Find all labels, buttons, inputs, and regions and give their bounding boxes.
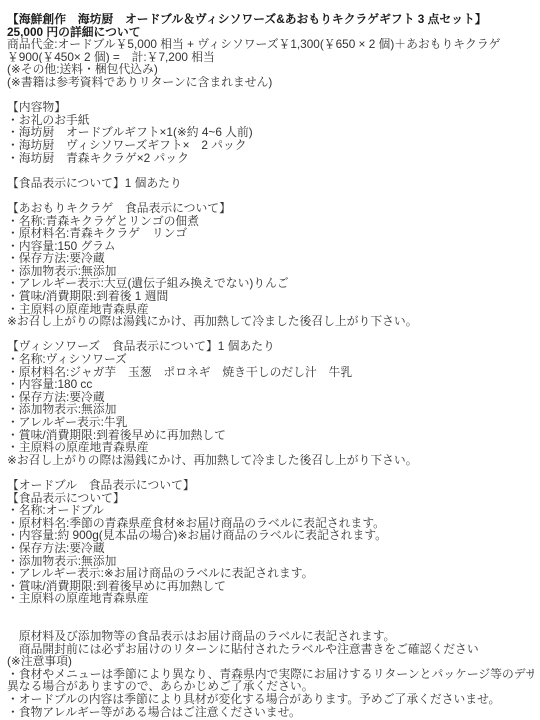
label-item: ・主原料の原産地青森県産 (7, 441, 534, 454)
label-item: ・保存方法:要冷蔵 (7, 542, 534, 555)
contents-item: ・海坊厨 青森キクラゲ×2 パック (7, 152, 534, 165)
label-item: ・内容量:約 900g(見本品の場合)※お届け商品のラベルに表記されます。 (7, 529, 534, 542)
label-item: ・原材料名:季節の青森県産食材※お届け商品のラベルに表記されます。 (7, 517, 534, 530)
label-item: ・保存方法:要冷蔵 (7, 391, 534, 404)
footer-note-line: 原材料及び添加物等の食品表示はお届け商品のラベルに表記されます。 (7, 630, 534, 643)
label-item: ・添加物表示:無添加 (7, 555, 534, 568)
caution-item: 異なる場合がありますので、あらかじめご了承ください。 (7, 680, 534, 693)
kikurage-label-section: 【あおもりキクラゲ 食品表示について】 ・名称:青森キクラゲとリンゴの佃煮 ・原… (7, 202, 534, 328)
label-item: ・アレルギー表示:大豆(遺伝子組み換えでない)りんご (7, 277, 534, 290)
per-item-note: 【食品表示について】1 個あたり (7, 177, 534, 190)
price-detail-line: ￥900(￥450× 2 個) = 計:￥7,200 相当 (7, 51, 534, 64)
vichyssoise-label-section: 【ヴィシソワーズ 食品表示について】1 個あたり ・名称:ヴィシソワーズ ・原材… (7, 340, 534, 466)
shipping-note-line: (※その他:送料・梱包代込み) (7, 63, 534, 76)
label-item: ・アレルギー表示:牛乳 (7, 416, 534, 429)
label-item: ・主原料の原産地青森県産 (7, 303, 534, 316)
caution-item: ・食物アレルギー等がある場合はご注意くださいませ。 (7, 706, 534, 719)
footer-note-line: 商品開封前には必ずお届けのリターンに貼付されたラベルや注意書きをご確認ください (7, 643, 534, 656)
vichyssoise-heading: 【ヴィシソワーズ 食品表示について】1 個あたり (7, 340, 534, 353)
caution-heading: (※注意事項) (7, 655, 534, 668)
contents-section: 【内容物】 ・お礼のお手紙 ・海坊厨 オードブルギフト×1(※約 4~6 人前)… (7, 101, 534, 164)
contents-item: ・海坊厨 オードブルギフト×1(※約 4~6 人前) (7, 126, 534, 139)
label-item: ・添加物表示:無添加 (7, 265, 534, 278)
page-title: 【海鮮創作 海坊厨 オードブル＆ヴィシソワーズ&あおもりキクラゲギフト 3 点セ… (7, 13, 534, 26)
hors-doeuvre-heading: 【オードブル 食品表示について】 (7, 479, 534, 492)
label-item: ・原材料名:ジャガ芋 玉葱 ポロネギ 焼き干しのだし汁 牛乳 (7, 366, 534, 379)
header-section: 【海鮮創作 海坊厨 オードブル＆ヴィシソワーズ&あおもりキクラゲギフト 3 点セ… (7, 13, 534, 89)
label-item: ・名称:ヴィシソワーズ (7, 353, 534, 366)
contents-item: ・海坊厨 ヴィシソワーズギフト× 2 パック (7, 139, 534, 152)
book-note-line: (※書籍は参考資料でありリターンに含まれません) (7, 76, 534, 89)
kikurage-heading: 【あおもりキクラゲ 食品表示について】 (7, 202, 534, 215)
footer-notes-section: 原材料及び添加物等の食品表示はお届け商品のラベルに表記されます。 商品開封前には… (7, 630, 534, 718)
per-item-note-section: 【食品表示について】1 個あたり (7, 177, 534, 190)
contents-heading: 【内容物】 (7, 101, 534, 114)
price-detail-line: 商品代金:オードブル￥5,000 相当 + ヴィシソワーズ￥1,300(￥650… (7, 38, 534, 51)
label-item: ・賞味/消費期限:到着後 1 週間 (7, 290, 534, 303)
caution-item: ・食材やメニューは季節により異なり、青森県内で実際にお届けするリターンとパッケー… (7, 668, 534, 681)
hors-doeuvre-label-section: 【オードブル 食品表示について】 【食品表示について】 ・名称:オードブル ・原… (7, 479, 534, 605)
label-item: ・保存方法:要冷蔵 (7, 252, 534, 265)
label-item: ・原材料名:青森キクラゲ リンゴ (7, 227, 534, 240)
caution-item: ・オードブルの内容は季節により具材が変化する場合があります。予めご了承くださいま… (7, 693, 534, 706)
product-detail-document: 【海鮮創作 海坊厨 オードブル＆ヴィシソワーズ&あおもりキクラゲギフト 3 点セ… (0, 0, 540, 718)
contents-item: ・お礼のお手紙 (7, 114, 534, 127)
label-item: ・内容量:150 グラム (7, 240, 534, 253)
label-item: ・アレルギー表示:※お届け商品のラベルに表記されます。 (7, 567, 534, 580)
label-item: ・賞味/消費期限:到着後早めに再加熱して (7, 580, 534, 593)
hors-doeuvre-subheading: 【食品表示について】 (7, 492, 534, 505)
label-item: ・主原料の原産地青森県産 (7, 592, 534, 605)
label-item: ・賞味/消費期限:到着後早めに再加熱して (7, 429, 534, 442)
label-item: ・添加物表示:無添加 (7, 403, 534, 416)
label-item: ・内容量:180 cc (7, 378, 534, 391)
label-item: ・名称:オードブル (7, 504, 534, 517)
page-subtitle: 25,000 円の詳細について (7, 26, 534, 39)
label-item: ・名称:青森キクラゲとリンゴの佃煮 (7, 215, 534, 228)
serving-note: ※お召し上がりの際は湯銭にかけ、再加熱して冷ました後召し上がり下さい。 (7, 315, 534, 328)
serving-note: ※お召し上がりの際は湯銭にかけ、再加熱して冷ました後召し上がり下さい。 (7, 454, 534, 467)
